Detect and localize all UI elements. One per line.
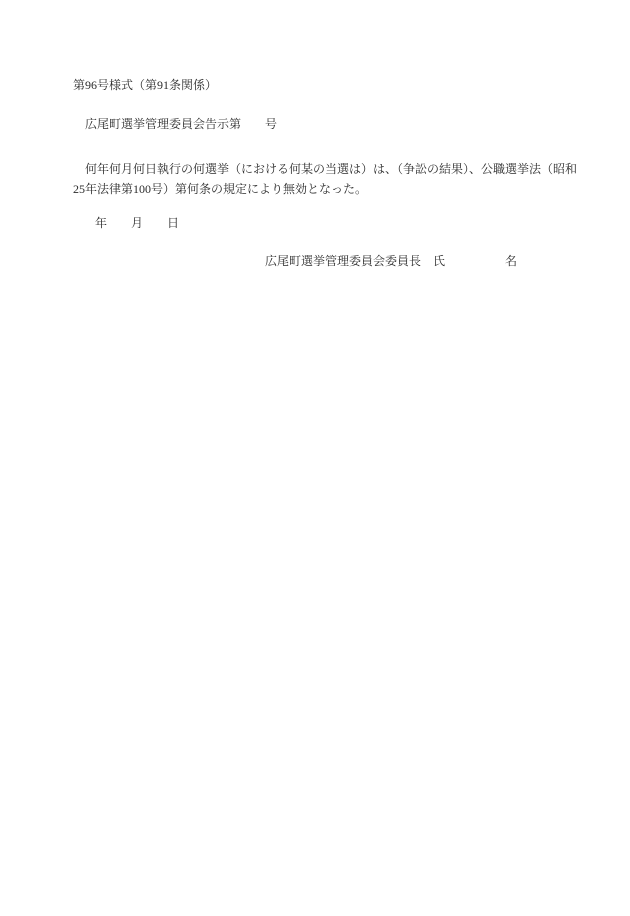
- document-page: 第96号様式（第91条関係） 広尾町選挙管理委員会告示第 号 何年何月何日執行の…: [0, 0, 630, 916]
- signature-line: 広尾町選挙管理委員会委員長 氏 名: [265, 254, 585, 269]
- date-line: 年 月 日: [73, 216, 585, 231]
- form-number-heading: 第96号様式（第91条関係）: [73, 78, 585, 93]
- body-paragraph: 何年何月何日執行の何選挙（における何某の当選は）は、（争訟の結果）、公職選挙法（…: [73, 159, 583, 199]
- notice-number-line: 広尾町選挙管理委員会告示第 号: [73, 117, 585, 132]
